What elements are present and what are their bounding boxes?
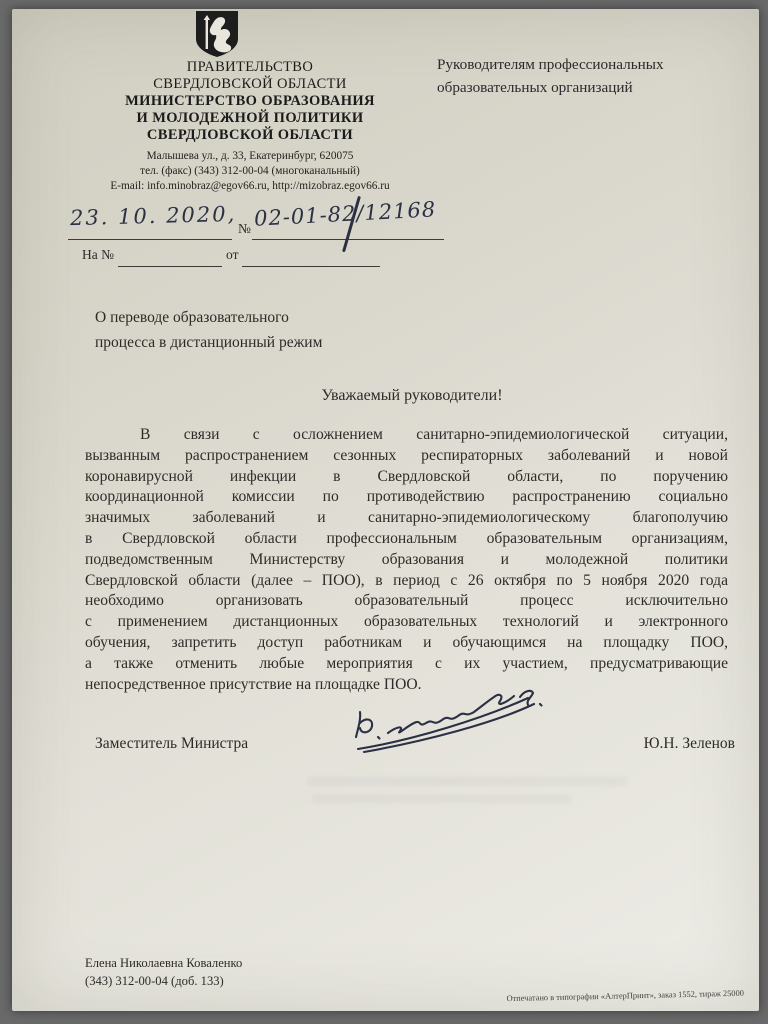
recipient-line: образовательных организаций [437, 77, 737, 100]
letter-body: В связи с осложнением санитарно-эпидемио… [85, 425, 728, 695]
number-sign-label: № [238, 221, 251, 237]
letter-page: ПРАВИТЕЛЬСТВО СВЕРДЛОВСКОЙ ОБЛАСТИ МИНИС… [12, 9, 759, 1011]
body-line: а также отменить любые мероприятия с их … [85, 654, 728, 675]
date-underline [68, 239, 232, 240]
body-line: значимых заболеваний и санитарно-эпидеми… [85, 508, 728, 529]
body-line: координационной комиссии по противодейст… [85, 487, 728, 508]
subject-line: О переводе образовательного [95, 305, 425, 330]
body-line: В связи с осложнением санитарно-эпидемио… [85, 425, 728, 446]
reply-to-label: На № [82, 247, 114, 263]
org-line: СВЕРДЛОВСКОЙ ОБЛАСТИ [20, 127, 480, 144]
executor-phone: (343) 312-00-04 (доб. 133) [85, 973, 242, 991]
recipient-line: Руководителям профессиональных [437, 54, 737, 77]
subject-block: О переводе образовательного процесса в д… [95, 305, 425, 355]
bleed-through-smudge [307, 777, 627, 786]
subject-line: процесса в дистанционный режим [95, 330, 425, 355]
sender-org-block: ПРАВИТЕЛЬСТВО СВЕРДЛОВСКОЙ ОБЛАСТИ МИНИС… [20, 59, 480, 144]
reply-number-blank [118, 266, 222, 267]
address-line: тел. (факс) (343) 312-00-04 (многоканаль… [20, 164, 480, 179]
body-line: необходимо организовать образовательный … [85, 591, 728, 612]
sender-address-block: Малышева ул., д. 33, Екатеринбург, 62007… [20, 149, 480, 193]
address-line: E-mail: info.minobraz@egov66.ru, http://… [20, 179, 480, 194]
body-line: подведомственным Министерству образовани… [85, 550, 728, 571]
salutation: Уважаемый руководители! [162, 387, 662, 405]
handwritten-number: 02-01-82/12168 [253, 197, 436, 231]
org-line: МИНИСТЕРСТВО ОБРАЗОВАНИЯ [20, 93, 480, 110]
recipient-block: Руководителям профессиональных образоват… [437, 54, 737, 99]
executor-name: Елена Николаевна Коваленко [85, 955, 242, 973]
executor-contact-block: Елена Николаевна Коваленко (343) 312-00-… [85, 955, 242, 990]
org-line: ПРАВИТЕЛЬСТВО [20, 59, 480, 76]
address-line: Малышева ул., д. 33, Екатеринбург, 62007… [20, 149, 480, 164]
photo-of-letter: { "letter": { "header": { "emblem_name":… [0, 0, 768, 1024]
body-line: вызванным распространением сезонных респ… [85, 446, 728, 467]
print-house-info: Отпечатано в типографии «АлтерПринт», за… [12, 989, 744, 1015]
body-line: коронавирусной инфекции в Свердловской о… [85, 467, 728, 488]
body-line: Свердловской области (далее – ПОО), в пе… [85, 571, 728, 592]
org-line: СВЕРДЛОВСКОЙ ОБЛАСТИ [20, 76, 480, 93]
body-line: с применением дистанционных образователь… [85, 612, 728, 633]
handwritten-date: 23. 10. 2020, [70, 202, 237, 230]
signer-name: Ю.Н. Зеленов [12, 735, 735, 753]
reply-date-blank [242, 266, 380, 267]
reply-from-label: от [226, 247, 238, 263]
body-line: в Свердловской области профессиональным … [85, 529, 728, 550]
coat-of-arms-icon [195, 11, 239, 58]
body-line: обучения, запретить доступ работникам и … [85, 633, 728, 654]
bleed-through-smudge [312, 795, 572, 803]
org-line: И МОЛОДЕЖНОЙ ПОЛИТИКИ [20, 110, 480, 127]
